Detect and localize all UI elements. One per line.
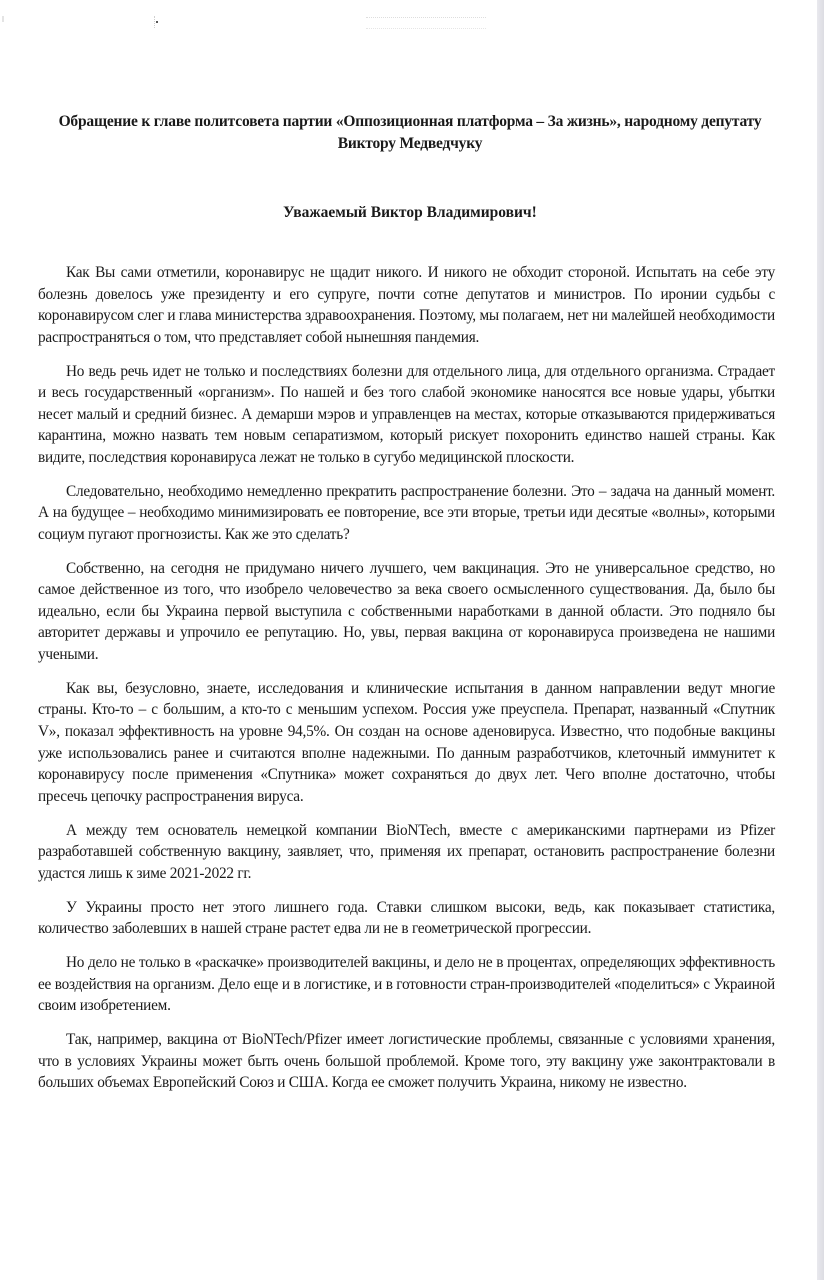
scan-header-artifacts <box>0 14 817 34</box>
viewer-edge-scrollbar[interactable] <box>817 0 824 1280</box>
paragraph-9: Так, например, вакцина от BioNTech/Pfize… <box>38 1029 775 1094</box>
scan-artifact-center <box>154 16 165 28</box>
scan-artifact-left <box>2 16 4 22</box>
document-body: Как Вы сами отметили, коронавирус не щад… <box>38 262 775 1106</box>
paragraph-4: Собственно, на сегодня не придумано ниче… <box>38 558 775 666</box>
salutation: Уважаемый Виктор Владимирович! <box>40 202 780 224</box>
paragraph-8: Но дело не только в «раскачке» производи… <box>38 952 775 1017</box>
scan-artifact-right <box>366 17 486 29</box>
paragraph-1: Как Вы сами отметили, коронавирус не щад… <box>38 262 775 348</box>
paragraph-5: Как вы, безусловно, знаете, исследования… <box>38 678 775 808</box>
paragraph-6: А между тем основатель немецкой компании… <box>38 820 775 885</box>
paragraph-2: Но ведь речь идет не только и последстви… <box>38 361 775 469</box>
document-title: Обращение к главе политсовета партии «Оп… <box>40 111 780 155</box>
paragraph-3: Следовательно, необходимо немедленно пре… <box>38 481 775 546</box>
document-page: Обращение к главе политсовета партии «Оп… <box>0 0 817 1280</box>
paragraph-7: У Украины просто нет этого лишнего года.… <box>38 897 775 940</box>
